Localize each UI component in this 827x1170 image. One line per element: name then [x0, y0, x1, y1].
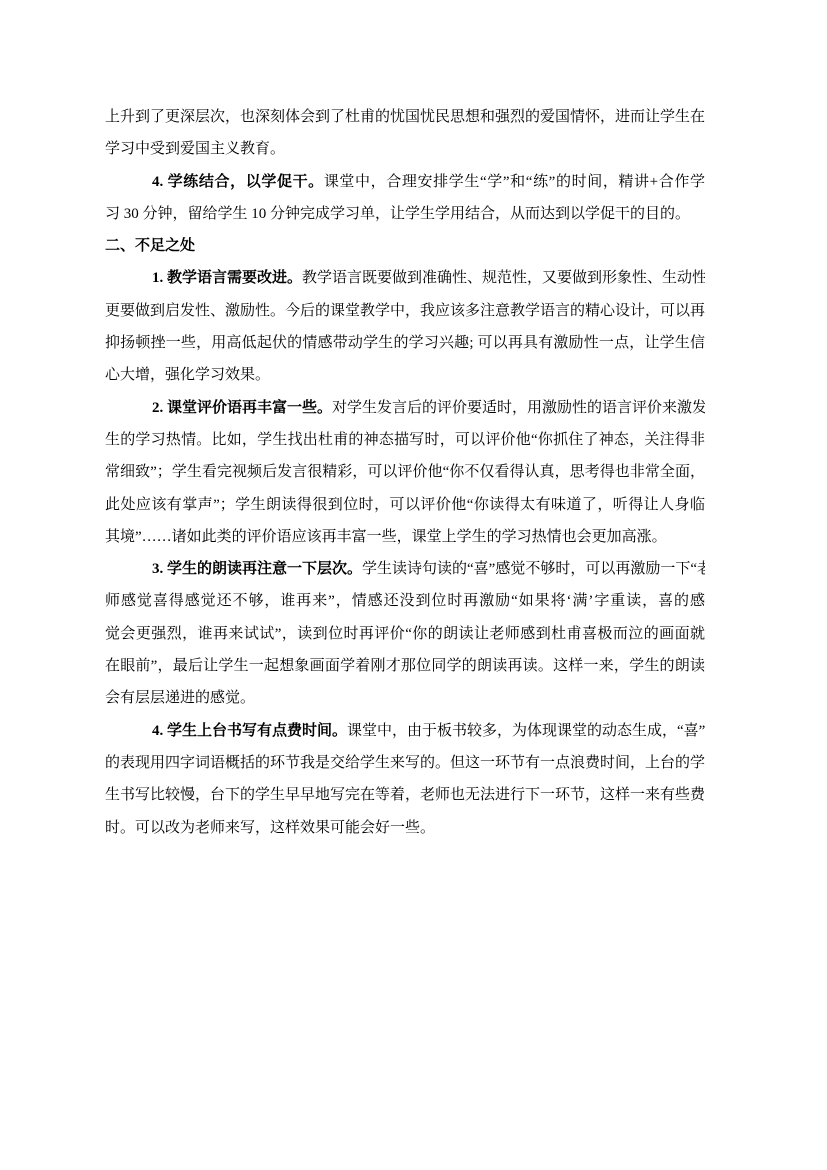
paragraph: 4. 学生上台书写有点费时间。课堂中，由于板书较多，为体现课堂的动态生成，“喜”… — [105, 715, 705, 844]
paragraph: 3. 学生的朗读再注意一下层次。学生读诗句读的“喜”感觉不够时，可以再激励一下“… — [105, 553, 705, 714]
line-text: 更要做到启发性、激励性。今后的课堂教学中，我应该多注意教学语言的精心设计，可以再 — [105, 303, 705, 319]
line-text: 会有层层递进的感觉。 — [105, 690, 255, 706]
line-text: 上升到了更深层次，也深刻体会到了杜甫的忧国忧民思想和强烈的爱国情怀，进而让学生在 — [105, 109, 705, 125]
line-text: 学习中受到爱国主义教育。 — [105, 141, 285, 157]
text-line: 抑扬顿挫一些，用高低起伏的情感带动学生的学习兴趣; 可以再具有激励性一点，让学生… — [105, 327, 705, 359]
text-line: 时。可以改为老师来写，这样效果可能会好一些。 — [105, 812, 705, 844]
text-line: 心大增，强化学习效果。 — [105, 359, 705, 391]
paragraph: 1. 教学语言需要改进。教学语言既要做到准确性、规范性，又要做到形象性、生动性，… — [105, 262, 705, 391]
heading-line: 二、不足之处 — [105, 230, 705, 262]
text-line: 2. 课堂评价语再丰富一些。对学生发言后的评价要适时，用激励性的语言评价来激发学 — [105, 392, 705, 424]
paragraph-bold-lead: 4. 学练结合，以学促干。 — [152, 174, 324, 190]
paragraph-bold-lead: 1. 教学语言需要改进。 — [152, 270, 302, 286]
text-line: 在眼前”，最后让学生一起想象画面学着刚才那位同学的朗读再读。这样一来，学生的朗读 — [105, 650, 705, 682]
text-line: 4. 学生上台书写有点费时间。课堂中，由于板书较多，为体现课堂的动态生成，“喜” — [105, 715, 705, 747]
line-text: 教学语言既要做到准确性、规范性，又要做到形象性、生动性， — [302, 270, 705, 286]
text-line: 学习中受到爱国主义教育。 — [105, 133, 705, 165]
line-text: 在眼前”，最后让学生一起想象画面学着刚才那位同学的朗读再读。这样一来，学生的朗读 — [105, 658, 705, 674]
line-text: 其境”……诸如此类的评价语应该再丰富一些，课堂上学生的学习热情也会更加高涨。 — [105, 529, 667, 545]
text-line: 此处应该有掌声”；学生朗读得很到位时，可以评价他“你读得太有味道了，听得让人身临 — [105, 489, 705, 521]
text-line: 1. 教学语言需要改进。教学语言既要做到准确性、规范性，又要做到形象性、生动性， — [105, 262, 705, 294]
line-text: 对学生发言后的评价要适时，用激励性的语言评价来激发学 — [332, 400, 705, 416]
text-line: 会有层层递进的感觉。 — [105, 682, 705, 714]
text-line: 习 30 分钟，留给学生 10 分钟完成学习单，让学生学用结合，从而达到以学促干… — [105, 198, 705, 230]
line-text: 生的学习热情。比如，学生找出杜甫的神态描写时，可以评价他“你抓住了神态，关注得非 — [105, 432, 705, 448]
document-body-text: 上升到了更深层次，也深刻体会到了杜甫的忧国忧民思想和强烈的爱国情怀，进而让学生在… — [105, 101, 705, 844]
line-text: 师感觉喜得感觉还不够，谁再来”，情感还没到位时再激励“如果将‘满’字重读，喜的感 — [105, 593, 705, 609]
line-text: 此处应该有掌声”；学生朗读得很到位时，可以评价他“你读得太有味道了，听得让人身临 — [105, 497, 705, 513]
text-line: 常细致”；学生看完视频后发言很精彩，可以评价他“你不仅看得认真，思考得也非常全面… — [105, 456, 705, 488]
text-line: 生的学习热情。比如，学生找出杜甫的神态描写时，可以评价他“你抓住了神态，关注得非 — [105, 424, 705, 456]
text-line: 3. 学生的朗读再注意一下层次。学生读诗句读的“喜”感觉不够时，可以再激励一下“… — [105, 553, 705, 585]
paragraph: 4. 学练结合，以学促干。课堂中，合理安排学生“学”和“练”的时间，精讲+合作学… — [105, 166, 705, 231]
line-text: 觉会更强烈，谁再来试试”，读到位时再评价“你的朗读让老师感到杜甫喜极而泣的画面就 — [105, 626, 705, 642]
line-text: 常细致”；学生看完视频后发言很精彩，可以评价他“你不仅看得认真，思考得也非常全面… — [105, 464, 705, 480]
text-line: 的表现用四字词语概括的环节我是交给学生来写的。但这一环节有一点浪费时间，上台的学 — [105, 747, 705, 779]
text-line: 上升到了更深层次，也深刻体会到了杜甫的忧国忧民思想和强烈的爱国情怀，进而让学生在 — [105, 101, 705, 133]
text-line: 觉会更强烈，谁再来试试”，读到位时再评价“你的朗读让老师感到杜甫喜极而泣的画面就 — [105, 618, 705, 650]
text-line: 其境”……诸如此类的评价语应该再丰富一些，课堂上学生的学习热情也会更加高涨。 — [105, 521, 705, 553]
text-line: 更要做到启发性、激励性。今后的课堂教学中，我应该多注意教学语言的精心设计，可以再 — [105, 295, 705, 327]
paragraph-bold-lead: 4. 学生上台书写有点费时间。 — [152, 723, 347, 739]
line-text: 习 30 分钟，留给学生 10 分钟完成学习单，让学生学用结合，从而达到以学促干… — [105, 206, 690, 222]
line-text: 课堂中，由于板书较多，为体现课堂的动态生成，“喜” — [347, 723, 705, 739]
line-text: 学生读诗句读的“喜”感觉不够时，可以再激励一下“老 — [362, 561, 705, 577]
paragraph-bold-lead: 3. 学生的朗读再注意一下层次。 — [152, 561, 362, 577]
line-text: 时。可以改为老师来写，这样效果可能会好一些。 — [105, 820, 435, 836]
text-line: 师感觉喜得感觉还不够，谁再来”，情感还没到位时再激励“如果将‘满’字重读，喜的感 — [105, 585, 705, 617]
text-line: 生书写比较慢，台下的学生早早地写完在等着，老师也无法进行下一环节，这样一来有些费 — [105, 779, 705, 811]
paragraph-bold-lead: 2. 课堂评价语再丰富一些。 — [152, 400, 332, 416]
document-page: 上升到了更深层次，也深刻体会到了杜甫的忧国忧民思想和强烈的爱国情怀，进而让学生在… — [0, 0, 827, 1170]
line-text: 课堂中，合理安排学生“学”和“练”的时间，精讲+合作学 — [324, 174, 705, 190]
line-text: 抑扬顿挫一些，用高低起伏的情感带动学生的学习兴趣; 可以再具有激励性一点，让学生… — [105, 335, 705, 351]
text-line: 4. 学练结合，以学促干。课堂中，合理安排学生“学”和“练”的时间，精讲+合作学 — [105, 166, 705, 198]
line-text: 二、不足之处 — [105, 238, 195, 254]
section-heading: 二、不足之处 — [105, 230, 705, 262]
paragraph: 2. 课堂评价语再丰富一些。对学生发言后的评价要适时，用激励性的语言评价来激发学… — [105, 392, 705, 553]
line-text: 心大增，强化学习效果。 — [105, 367, 270, 383]
line-text: 的表现用四字词语概括的环节我是交给学生来写的。但这一环节有一点浪费时间，上台的学 — [105, 755, 705, 771]
paragraph: 上升到了更深层次，也深刻体会到了杜甫的忧国忧民思想和强烈的爱国情怀，进而让学生在… — [105, 101, 705, 166]
line-text: 生书写比较慢，台下的学生早早地写完在等着，老师也无法进行下一环节，这样一来有些费 — [105, 787, 705, 803]
